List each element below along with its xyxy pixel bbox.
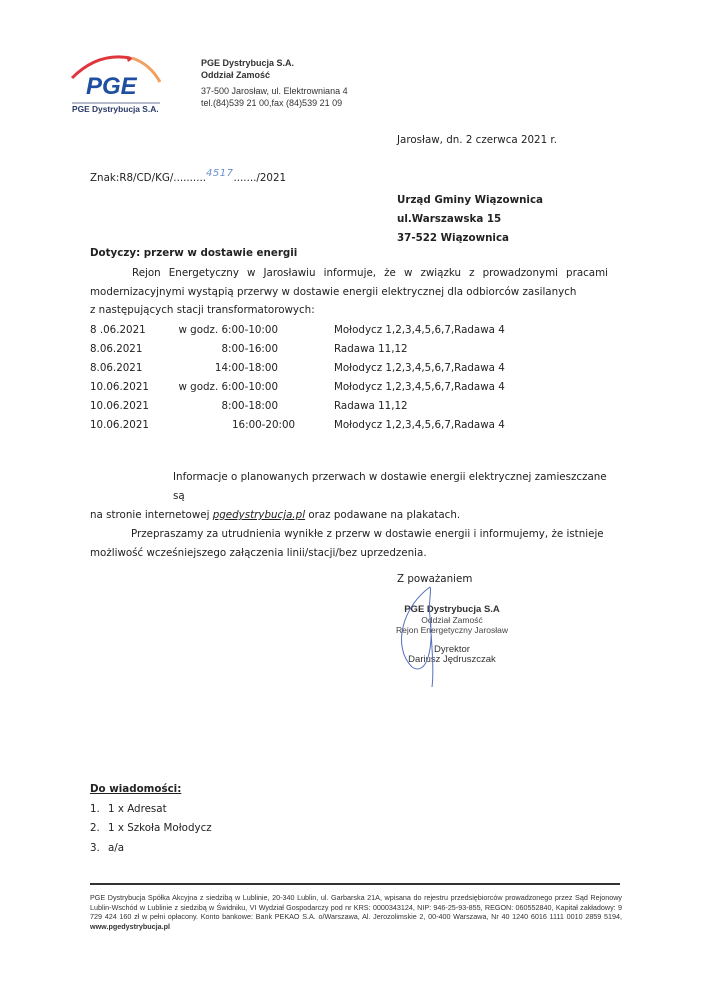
footer-legal-text: PGE Dystrybucja Spółka Akcyjna z siedzib… <box>90 893 622 931</box>
recipient-city: 37-522 Wiązownica <box>397 229 543 248</box>
handwritten-number: 4517 <box>206 168 233 179</box>
subject-line: Dotyczy: przerw w dostawie energii <box>90 247 297 259</box>
signature-icon <box>372 577 532 687</box>
apology-line2: możliwość wcześniejszego załączenia lini… <box>90 544 620 563</box>
info-paragraph: Informacje o planowanych przerwach w dos… <box>90 468 620 563</box>
footer-divider <box>90 883 620 885</box>
reference-number: Znak:R8/CD/KG/..........4517......./2021 <box>90 172 286 184</box>
list-item: 1.1 x Adresat <box>90 800 212 820</box>
list-item: 2.1 x Szkoła Mołodycz <box>90 819 212 839</box>
recipient-address: Urząd Gminy Wiązownica ul.Warszawska 15 … <box>397 191 543 248</box>
recipient-street: ul.Warszawska 15 <box>397 210 543 229</box>
company-phone-fax: tel.(84)539 21 00,fax (84)539 21 09 <box>201 98 348 110</box>
company-address: 37-500 Jarosław, ul. Elektrowniana 4 <box>201 86 348 98</box>
intro-paragraph: Rejon Energetyczny w Jarosławiu informuj… <box>90 264 608 320</box>
logo-subtitle: PGE Dystrybucja S.A. <box>72 104 159 114</box>
recipient-name: Urząd Gminy Wiązownica <box>397 191 543 210</box>
distribution-list: Do wiadomości: 1.1 x Adresat 2.1 x Szkoł… <box>90 780 212 858</box>
website-link[interactable]: pgedystrybucja.pl <box>213 509 305 521</box>
svg-text:PGE: PGE <box>86 73 138 100</box>
footer-website[interactable]: www.pgedystrybucja.pl <box>90 922 170 931</box>
signature-stamp: PGE Dystrybucja S.A Oddział Zamość Rejon… <box>372 605 532 665</box>
cc-title: Do wiadomości: <box>90 780 212 800</box>
apology-line1: Przepraszamy za utrudnienia wynikłe z pr… <box>90 525 620 544</box>
place-date: Jarosław, dn. 2 czerwca 2021 r. <box>397 134 557 146</box>
branch-name: Oddział Zamość <box>201 70 348 82</box>
letterhead: PGE Dystrybucja S.A. Oddział Zamość 37-5… <box>201 58 348 109</box>
pge-logo-icon: PGE <box>68 48 164 108</box>
list-item: 3.a/a <box>90 839 212 859</box>
company-name: PGE Dystrybucja S.A. <box>201 58 348 70</box>
